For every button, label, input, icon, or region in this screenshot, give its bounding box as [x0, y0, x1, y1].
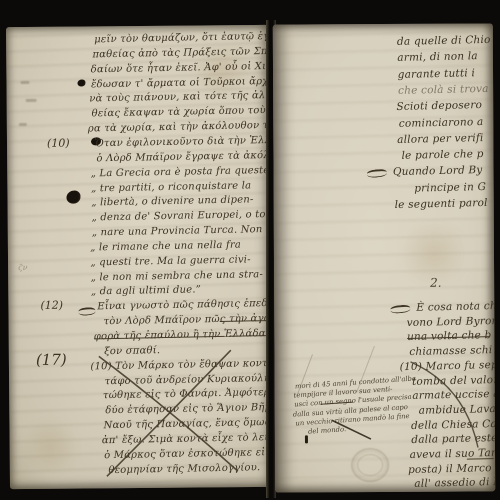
manuscript-line: ὁ Μάρκος ὅταν ἐσκοτώθηκε εἰς τὴν: [104, 446, 272, 462]
manuscript-line: una volta che b: [407, 329, 492, 343]
manuscript-line: „ le non mi sembra che una stra-: [91, 269, 263, 284]
embossed-stamp: [351, 448, 389, 482]
manuscript-line: „ denza de' Sovrani Europei, o tor-: [91, 209, 272, 225]
manuscript-line: chiamasse schi: [409, 344, 492, 358]
manuscript-line: del mondo.: [308, 423, 347, 437]
manuscript-line: Quando Lord By: [393, 164, 483, 178]
manuscript-line: È cosa nota ch: [416, 300, 495, 314]
manuscript-line: allora per verifi: [397, 132, 484, 146]
faint-pencil-mark: ϛ̃ν: [18, 263, 27, 272]
manuscript-line: cominciarono a: [399, 115, 484, 129]
manuscript-line: (10) Τὸν Μάρκο τὸν ἔθαψαν κοντὰ εἰς τὸν: [90, 357, 272, 373]
manuscript-line: aveva il suo Tam: [410, 447, 496, 461]
bold-tick-mark: [305, 435, 308, 443]
cross-out-scribble: [390, 304, 411, 314]
manuscript-line: „ tre partiti, o riconquistare la: [91, 180, 251, 195]
manuscript-line: Ναοῦ τῆς Παναγίας, ἕνας ὅμως: [103, 417, 270, 432]
manuscript-line: θείας ἔκαψαν τὰ χωρία ὅπου τοὺς ἥμε-: [91, 105, 272, 121]
manuscript-photo: (10) (12) (17) ϛ̃ν μεῖν τὸν θαυμάζων, ὅτ…: [0, 0, 500, 500]
manuscript-line: „ nare una Provincia Turca. Non: [92, 224, 263, 239]
manuscript-line: φορὰ τῆς ἐπαύλου ἢ τὴν Ἑλλάδα μὲ: [94, 328, 272, 344]
margin-number-12: (12): [40, 299, 63, 312]
underline-mark: [466, 458, 493, 460]
strike-through-mark: [219, 319, 272, 322]
manuscript-line: ambidue Lavag: [419, 403, 496, 417]
manuscript-line: della Chiesa Cat: [411, 417, 495, 431]
manuscript-line: tomba del valor: [412, 373, 495, 387]
manuscript-line: „ da agli ultimi due.”: [91, 285, 201, 299]
manuscript-line: δαίων ὅτε ἦταν ἐκεῖ. Ἀφ' οὗ οἱ Χιῶται: [91, 60, 272, 76]
cross-out-scribble: [78, 307, 96, 316]
ink-blot: [66, 191, 80, 204]
right-page: 2. da quelle di Chioarmi, di non lagaran…: [273, 23, 495, 492]
ink-smudge: [26, 99, 37, 102]
manuscript-line: ἔδωσαν τ' ἄρματα οἱ Τοῦρκοι ἄρχισαν: [91, 75, 272, 91]
manuscript-line: ξον σπαθί.: [104, 345, 160, 358]
manuscript-line: dalla parte este: [411, 432, 495, 446]
cross-out-scribble: [367, 169, 388, 179]
manuscript-line: τώθηκε εἰς τὸ Φανάρι. Ἀμφότεροι ἢ οἱ: [103, 387, 272, 403]
manuscript-line: παθείας ἀπὸ τὰς Πράξεις τῶν Σπου-: [92, 46, 272, 62]
manuscript-line: θεομηνίαν τῆς Μισολογγίου.: [108, 462, 260, 477]
manuscript-line: τάφο τοῦ ἀνδρείου Κυριακούλη ποὺ ἐσκο-: [105, 372, 272, 388]
manuscript-line: le parole che p: [401, 148, 483, 162]
manuscript-line: μεῖν τὸν θαυμάζων, ὅτι ἑαυτῷ ἐγνωσθεὶς: [94, 30, 272, 46]
manuscript-line: che colà si trova: [398, 83, 489, 97]
manuscript-line: Scioti deposero: [396, 99, 482, 113]
manuscript-line: le seguenti parol: [395, 197, 488, 211]
manuscript-line: ὁ Λὸρδ Μπάϊρον ἔγραψε τὰ ἀκόλουθα·: [96, 149, 272, 165]
manuscript-line: „ le rimane che una nella fra: [90, 239, 241, 254]
manuscript-line: principe in G: [414, 181, 486, 195]
manuscript-line: ἀπ' ἔξω. Σιμὰ κοντὰ εἶχε τὸ λείψανο ὁ: [102, 431, 272, 447]
margin-number-10: (10): [47, 137, 70, 150]
left-page: (10) (12) (17) ϛ̃ν μεῖν τὸν θαυμάζων, ὅτ…: [6, 25, 272, 489]
manuscript-line: Ὅταν ἐφιλονικοῦντο διὰ τὴν Ἑλλάδα: [94, 135, 272, 151]
page-number: 2.: [430, 276, 442, 290]
manuscript-line: vono Lord Byron: [407, 315, 496, 329]
paper-stain: [19, 417, 80, 478]
ink-blot: [77, 79, 85, 86]
manuscript-line: (10) Marco fu sepo: [400, 359, 496, 373]
manuscript-line: da quelle di Chio: [397, 34, 491, 48]
ink-smudge: [19, 123, 27, 126]
manuscript-line: ρα τὰ χωρία, καὶ τὴν ἀκόλουθον τραγῳ-: [88, 120, 272, 136]
strike-through-mark: [407, 336, 490, 339]
manuscript-line: armi, di non la: [397, 50, 478, 64]
manuscript-line: δύο ἐτάφησαν εἰς τὸ Ἅγιον Βῆμα τοῦ: [105, 402, 272, 418]
manuscript-line: νὰ τοὺς πιάνουν, καὶ τότε τῆς ἀληθο-: [89, 90, 272, 106]
manuscript-line: all' assedio di M: [414, 476, 495, 490]
margin-number-17: (17): [36, 351, 67, 369]
strike-through-mark: [94, 335, 225, 339]
manuscript-line: garante tutti i: [398, 67, 476, 81]
manuscript-line: Εἶναι γνωστὸ πῶς πάθησις ἐπεδόθη: [97, 298, 272, 314]
manuscript-line: „ questi tre. Ma la guerra civi-: [90, 254, 251, 269]
ink-smudge: [20, 81, 29, 84]
manuscript-line: posta) il Marco f: [408, 462, 495, 476]
manuscript-line: armate uccise a: [412, 388, 495, 402]
manuscript-line: τὸν Λὸρδ Μπάϊρον πῶς τὴν ἀγάπην: [103, 313, 272, 329]
manuscript-line: „ libertà, o divenire una dipen-: [91, 195, 253, 210]
manuscript-line: „ La Grecia ora è posta fra queste: [91, 165, 270, 180]
